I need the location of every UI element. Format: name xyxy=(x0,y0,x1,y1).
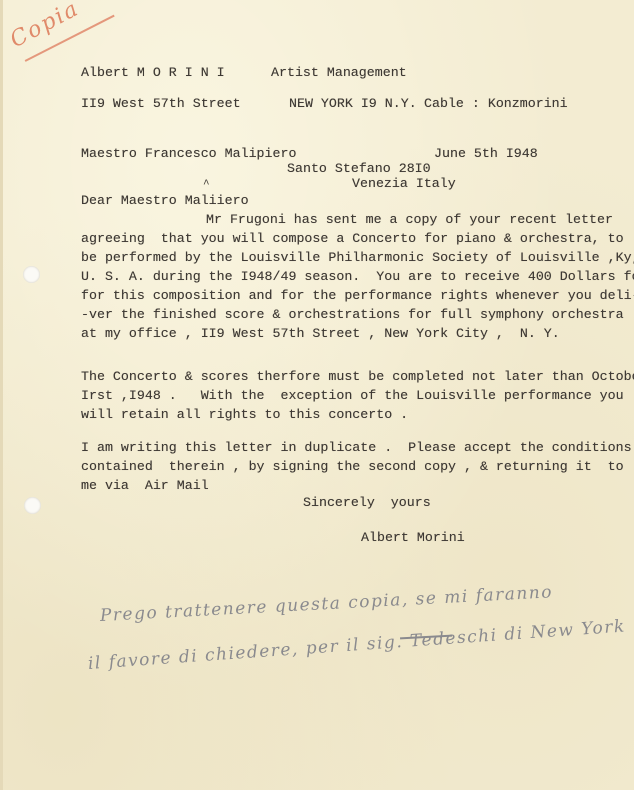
letterhead-city: NEW YORK I9 N.Y. xyxy=(289,97,417,110)
signature: Albert Morini xyxy=(361,531,465,544)
paragraph-line: at my office , II9 West 57th Street , Ne… xyxy=(81,327,560,340)
copy-annotation: Copia xyxy=(6,0,83,53)
paragraph-line: The Concerto & scores therfore must be c… xyxy=(81,370,634,383)
letter-date: June 5th I948 xyxy=(434,147,538,160)
salutation: Dear Maestro Maliiero xyxy=(81,194,249,207)
paragraph-line: will retain all rights to this concerto … xyxy=(81,408,408,421)
salutation-correction-mark: ^ xyxy=(203,179,210,191)
paragraph-line: U. S. A. during the I948/49 season. You … xyxy=(81,270,634,283)
paragraph-line: be performed by the Louisville Philharmo… xyxy=(81,251,634,264)
punch-hole-top xyxy=(23,266,40,283)
recipient-street: Santo Stefano 28I0 xyxy=(287,162,431,175)
paragraph-line: -ver the finished score & orchestrations… xyxy=(81,308,624,321)
letterhead-business: Artist Management xyxy=(271,66,407,79)
closing: Sincerely yours xyxy=(303,496,431,509)
paragraph-line: Mr Frugoni has sent me a copy of your re… xyxy=(206,213,613,226)
recipient-name: Maestro Francesco Malipiero xyxy=(81,147,296,160)
handwritten-line: Prego trattenere questa copia, se mi far… xyxy=(99,582,553,626)
recipient-city: Venezia Italy xyxy=(352,177,456,190)
letterhead-address: II9 West 57th Street xyxy=(81,97,241,110)
paper-edge xyxy=(0,0,3,790)
punch-hole-bottom xyxy=(24,497,41,514)
letterhead-cable: Cable : Konzmorini xyxy=(424,97,568,110)
paragraph-line: Irst ,I948 . With the exception of the L… xyxy=(81,389,624,402)
paragraph-line: for this composition and for the perform… xyxy=(81,289,634,302)
paragraph-line: contained therein , by signing the secon… xyxy=(81,460,624,473)
paragraph-line: agreeing that you will compose a Concert… xyxy=(81,232,624,245)
paragraph-line: I am writing this letter in duplicate . … xyxy=(81,441,632,454)
paragraph-line: me via Air Mail xyxy=(81,479,209,492)
handwritten-line: il favore di chiedere, per il sig. Tedes… xyxy=(87,616,626,674)
letterhead-name: Albert M O R I N I xyxy=(81,66,225,79)
